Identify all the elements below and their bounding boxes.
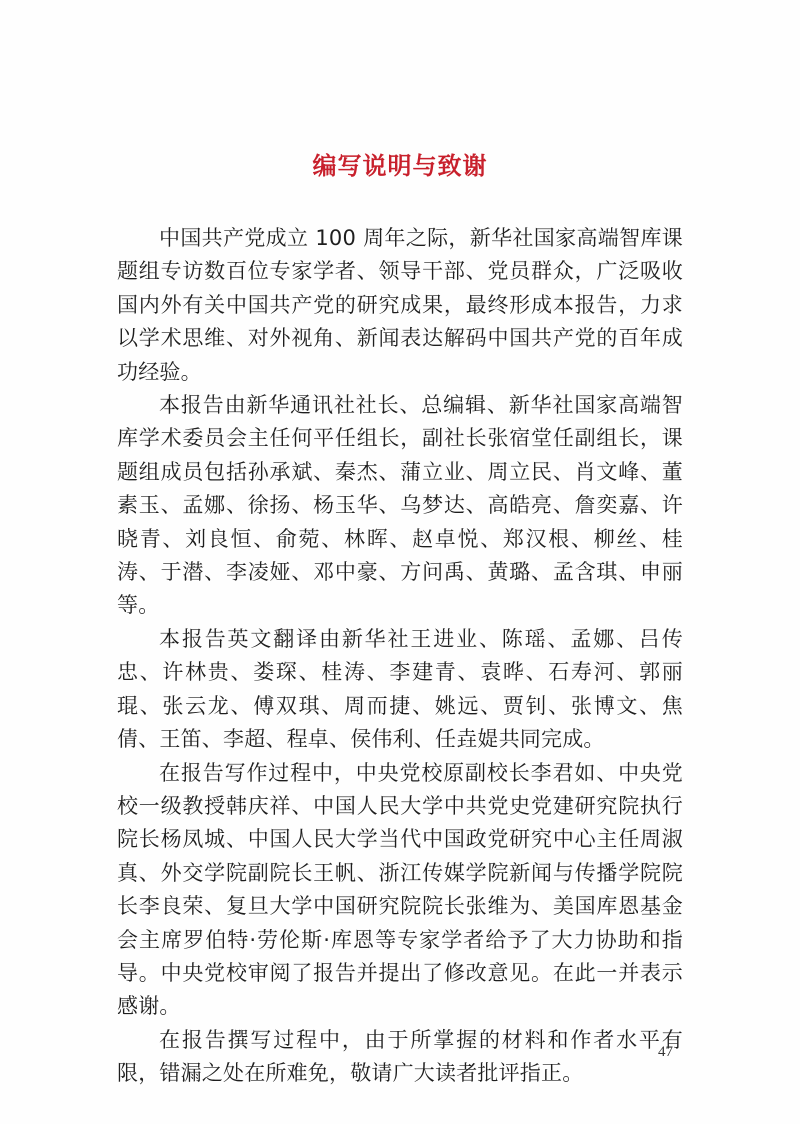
page-title: 编写说明与致谢 bbox=[0, 146, 800, 181]
page-number: 47 bbox=[658, 1044, 673, 1061]
paragraph-intro: 中国共产党成立 100 周年之际，新华社国家高端智库课题组专访数百位专家学者、领… bbox=[117, 222, 683, 389]
paragraph-disclaimer: 在报告撰写过程中，由于所掌握的材料和作者水平有限，错漏之处在所难免，敬请广大读者… bbox=[117, 1024, 683, 1091]
paragraph-acknowledgement: 在报告写作过程中，中央党校原副校长李君如、中央党校一级教授韩庆祥、中国人民大学中… bbox=[117, 757, 683, 1024]
paragraph-team: 本报告由新华通讯社社长、总编辑、新华社国家高端智库学术委员会主任何平任组长，副社… bbox=[117, 389, 683, 623]
document-page: 编写说明与致谢 中国共产党成立 100 周年之际，新华社国家高端智库课题组专访数… bbox=[0, 0, 800, 1124]
body-text: 中国共产党成立 100 周年之际，新华社国家高端智库课题组专访数百位专家学者、领… bbox=[117, 222, 683, 1091]
paragraph-translation: 本报告英文翻译由新华社王进业、陈瑶、孟娜、吕传忠、许林贵、娄琛、桂涛、李建青、袁… bbox=[117, 623, 683, 757]
